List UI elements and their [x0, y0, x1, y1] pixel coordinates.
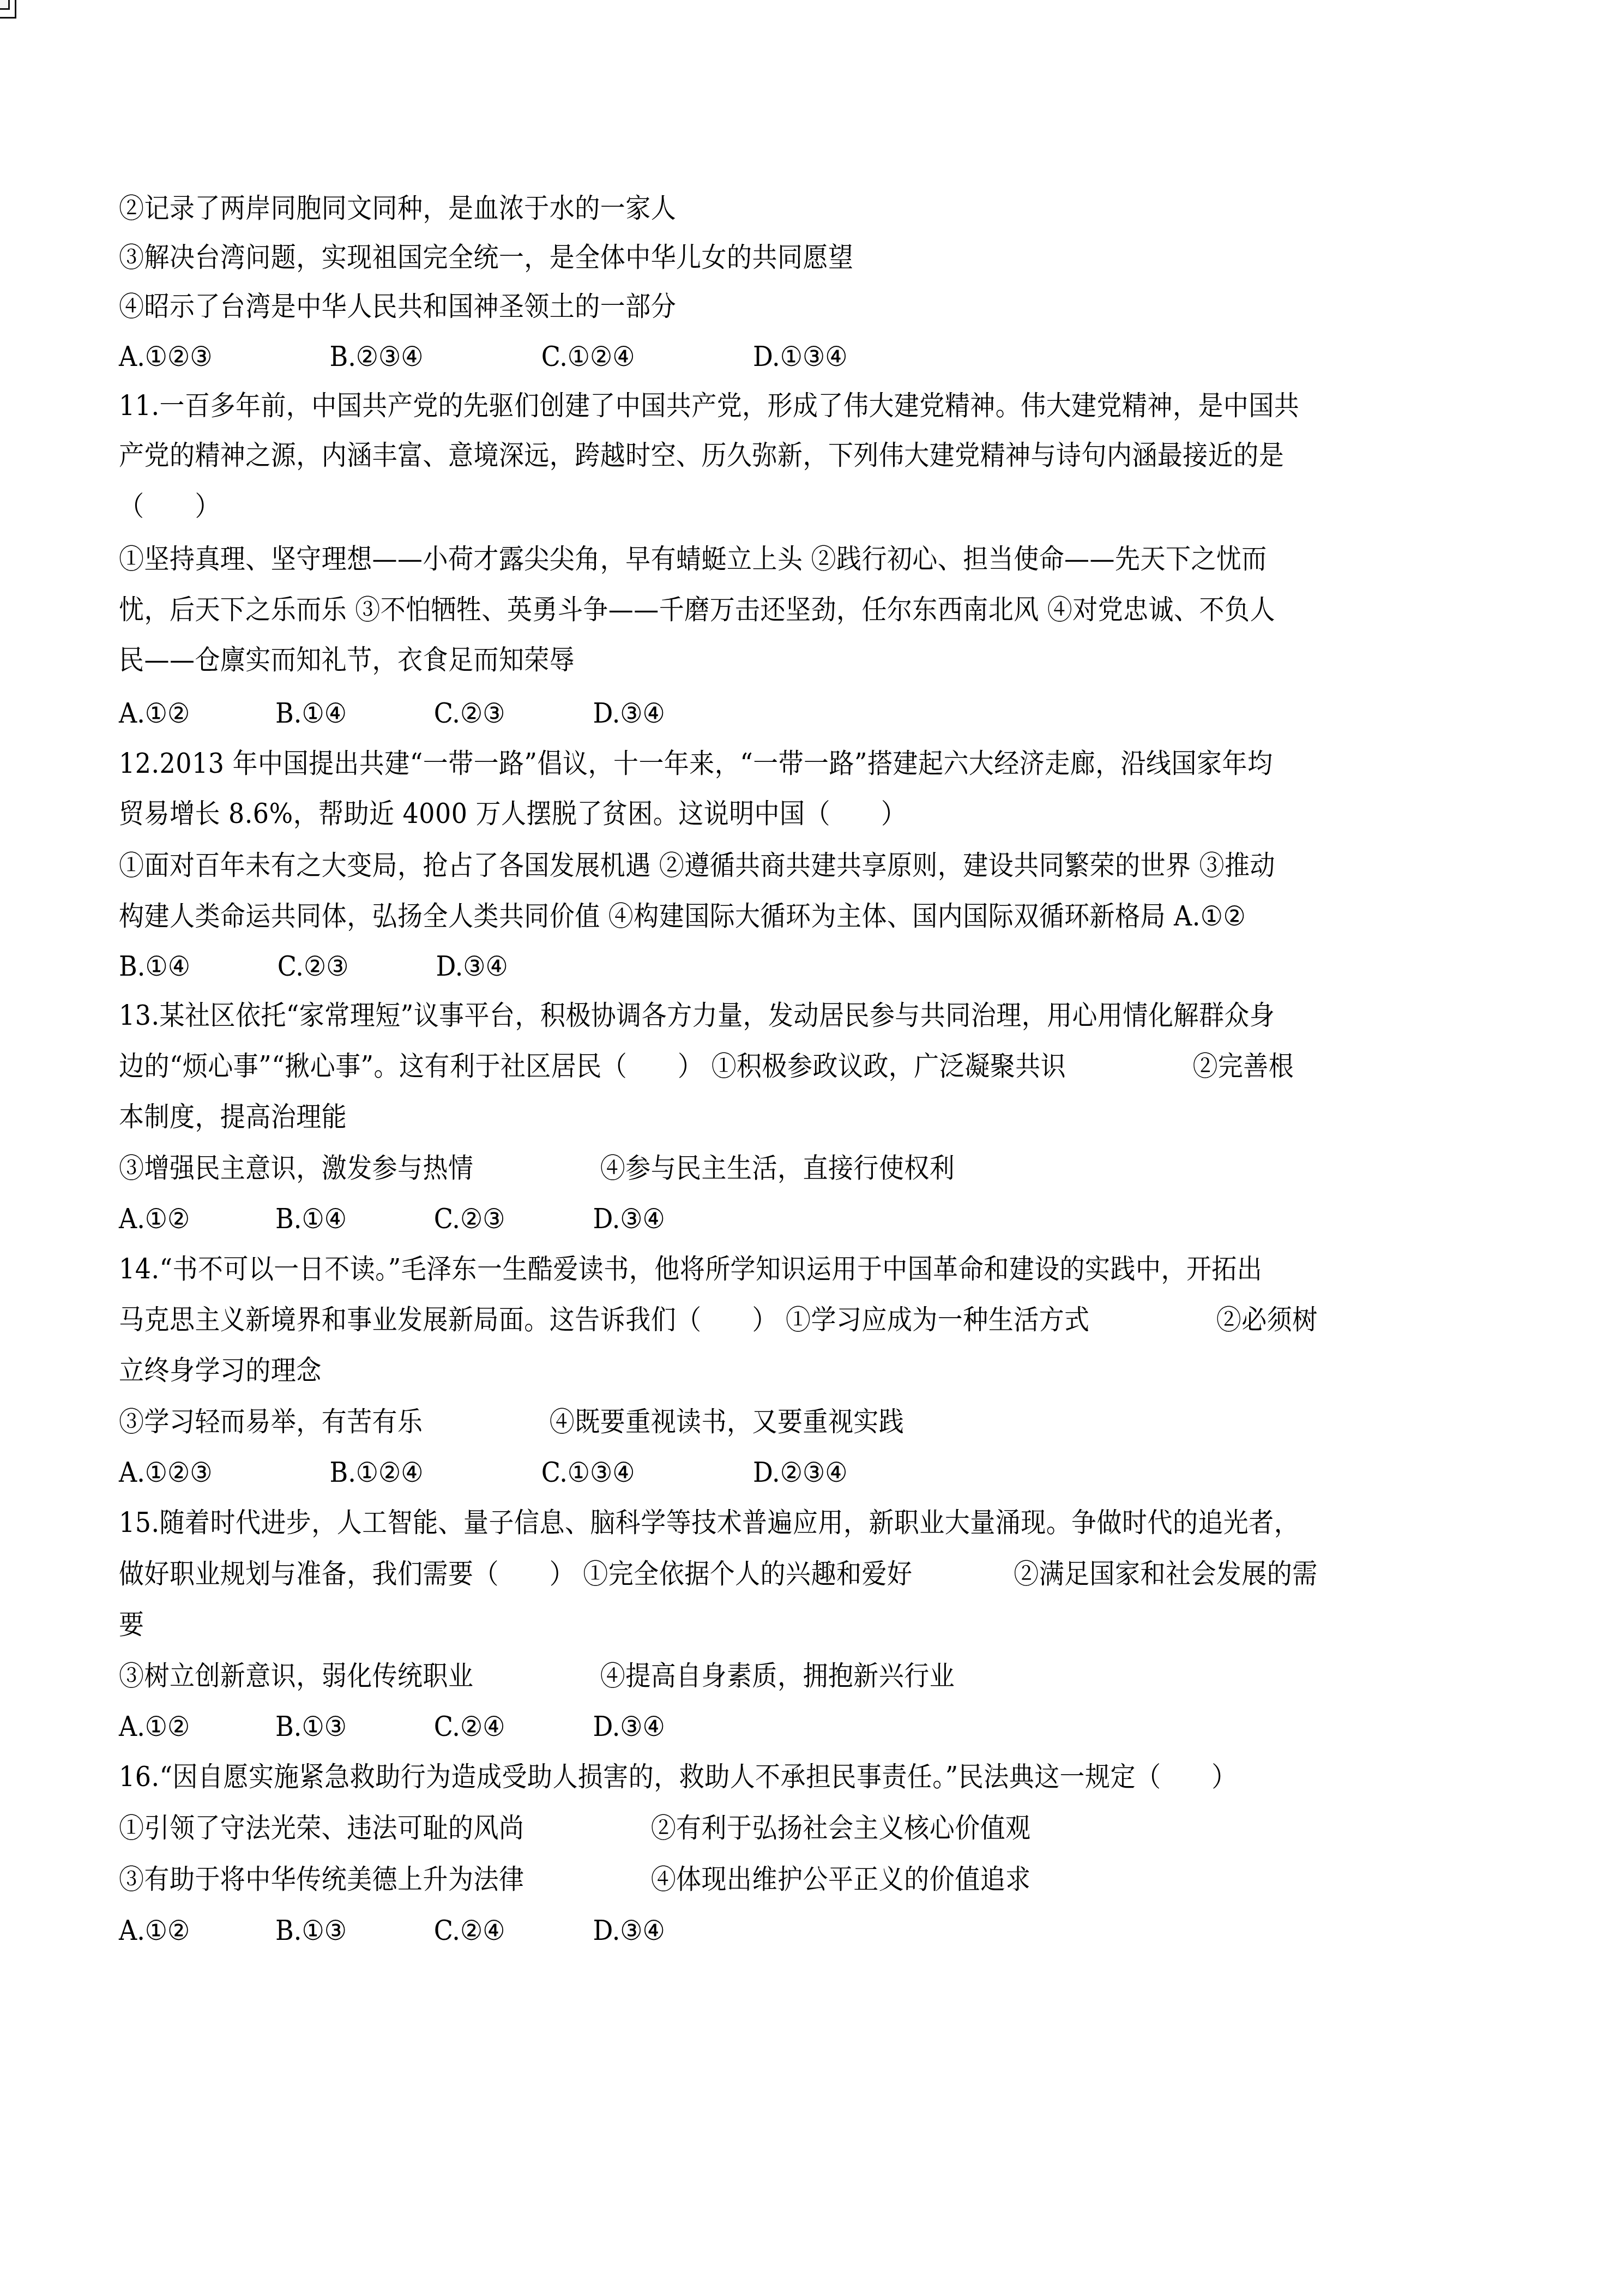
q11-option-a[interactable]: A.①②	[119, 697, 190, 730]
q13-options: A.①② B.①④ C.②③ D.③④	[119, 1203, 972, 1235]
q12-stem-line-2: 贸易增长 8.6%，帮助近 4000 万人摆脱了贫困。这说明中国（ ）	[119, 797, 906, 830]
q15-stem-line-3: 要	[119, 1608, 144, 1641]
q16-option-b[interactable]: B.①③	[275, 1914, 347, 1947]
q12-options: B.①④ C.②③ D.③④	[119, 950, 972, 983]
q16-stem-line: 16.“因自愿实施紧急救助行为造成受助人损害的，救助人不承担民事责任。”民法典这…	[119, 1760, 1237, 1793]
q13-statements-line: ③增强民主意识，激发参与热情 ④参与民主生活，直接行使权利	[119, 1152, 955, 1185]
q10-option-b[interactable]: B.②③④	[329, 340, 423, 373]
q15-stem-line-2: 做好职业规划与准备，我们需要（ ） ①完全依据个人的兴趣和爱好 ②满足国家和社会…	[119, 1558, 1318, 1590]
q16-statements-line-1: ①引领了守法光荣、违法可耻的风尚 ②有利于弘扬社会主义核心价值观	[119, 1812, 1031, 1844]
q11-stem-line-1: 11.一百多年前，中国共产党的先驱们创建了中国共产党，形成了伟大建党精神。伟大建…	[119, 389, 1299, 422]
q13-option-b[interactable]: B.①④	[275, 1203, 347, 1235]
q14-statements-line: ③学习轻而易举，有苦有乐 ④既要重视读书，又要重视实践	[119, 1405, 904, 1438]
q14-option-a[interactable]: A.①②③	[119, 1456, 213, 1489]
q16-option-c[interactable]: C.②④	[434, 1914, 505, 1947]
q13-option-d[interactable]: D.③④	[593, 1203, 665, 1235]
q10-option-a[interactable]: A.①②③	[119, 340, 213, 373]
q11-option-b[interactable]: B.①④	[275, 697, 347, 730]
q16-option-d[interactable]: D.③④	[593, 1914, 665, 1947]
q10-option-c[interactable]: C.①②④	[541, 340, 635, 373]
q13-option-a[interactable]: A.①②	[119, 1203, 190, 1235]
q13-stem-line-1: 13.某社区依托“家常理短”议事平台，积极协调各方力量，发动居民参与共同治理，用…	[119, 999, 1275, 1032]
q16-statements-line-2: ③有助于将中华传统美德上升为法律 ④体现出维护公平正义的价值追求	[119, 1863, 1031, 1896]
q14-option-c[interactable]: C.①③④	[541, 1456, 635, 1489]
q14-options: A.①②③ B.①②④ C.①③④ D.②③④	[119, 1456, 972, 1489]
q15-option-b[interactable]: B.①③	[275, 1710, 347, 1743]
corner-mark-icon	[0, 0, 15, 17]
q11-stem-line-2: 产党的精神之源，内涵丰富、意境深远，跨越时空、历久弥新，下列伟大建党精神与诗句内…	[119, 439, 1284, 472]
q14-option-b[interactable]: B.①②④	[329, 1456, 423, 1489]
q14-stem-line-2: 马克思主义新境界和事业发展新局面。这告诉我们（ ） ①学习应成为一种生活方式 ②…	[119, 1303, 1318, 1336]
q13-option-c[interactable]: C.②③	[434, 1203, 505, 1235]
q12-option-c[interactable]: C.②③	[278, 950, 349, 983]
q14-stem-line-1: 14.“书不可以一日不读。”毛泽东一生酷爱读书，他将所学知识运用于中国革命和建设…	[119, 1253, 1262, 1285]
q12-statements-line-2: 构建人类命运共同体，弘扬全人类共同价值 ④构建国际大循环为主体、国内国际双循环新…	[119, 900, 1246, 933]
q13-stem-line-2: 边的“烦心事”“揪心事”。这有利于社区居民（ ） ①积极参政议政，广泛凝聚共识 …	[119, 1050, 1294, 1083]
q12-option-b[interactable]: B.①④	[119, 950, 190, 983]
q11-answer-bracket: （ ）	[119, 490, 220, 522]
q11-option-d[interactable]: D.③④	[593, 697, 665, 730]
q13-stem-line-3: 本制度，提高治理能	[119, 1101, 347, 1133]
q14-option-d[interactable]: D.②③④	[753, 1456, 848, 1489]
q12-statements-line-1: ①面对百年未有之大变局，抢占了各国发展机遇 ②遵循共商共建共享原则，建设共同繁荣…	[119, 849, 1275, 882]
q10-statement-2: ②记录了两岸同胞同文同种，是血浓于水的一家人	[119, 192, 676, 225]
q15-options: A.①② B.①③ C.②④ D.③④	[119, 1710, 972, 1743]
corner-mark-inner	[0, 0, 10, 10]
q12-stem-line-1: 12.2013 年中国提出共建“一带一路”倡议，十一年来，“一带一路”搭建起六大…	[119, 747, 1273, 780]
q16-option-a[interactable]: A.①②	[119, 1914, 190, 1947]
q11-options: A.①② B.①④ C.②③ D.③④	[119, 697, 972, 730]
q15-option-a[interactable]: A.①②	[119, 1710, 190, 1743]
q15-statements-line: ③树立创新意识，弱化传统职业 ④提高自身素质，拥抱新兴行业	[119, 1660, 955, 1692]
q15-option-d[interactable]: D.③④	[593, 1710, 665, 1743]
q12-option-d[interactable]: D.③④	[436, 950, 508, 983]
q10-statement-4: ④昭示了台湾是中华人民共和国神圣领土的一部分	[119, 290, 676, 323]
q16-options: A.①② B.①③ C.②④ D.③④	[119, 1914, 972, 1947]
q10-option-d[interactable]: D.①③④	[753, 340, 848, 373]
q11-statements-line-3: 民——仓廪实而知礼节，衣食足而知荣辱	[119, 644, 575, 676]
q11-statements-line-2: 忧，后天下之乐而乐 ③不怕牺牲、英勇斗争——千磨万击还坚劲，任尔东西南北风 ④对…	[119, 593, 1275, 626]
q15-stem-line-1: 15.随着时代进步，人工智能、量子信息、脑科学等技术普遍应用，新职业大量涌现。争…	[119, 1506, 1299, 1539]
q14-stem-line-3: 立终身学习的理念	[119, 1354, 322, 1387]
q10-options: A.①②③ B.②③④ C.①②④ D.①③④	[119, 340, 972, 373]
q10-statement-3: ③解决台湾问题，实现祖国完全统一，是全体中华儿女的共同愿望	[119, 241, 853, 274]
q15-option-c[interactable]: C.②④	[434, 1710, 505, 1743]
q11-statements-line-1: ①坚持真理、坚守理想——小荷才露尖尖角，早有蜻蜓立上头 ②践行初心、担当使命——…	[119, 543, 1267, 575]
q11-option-c[interactable]: C.②③	[434, 697, 505, 730]
